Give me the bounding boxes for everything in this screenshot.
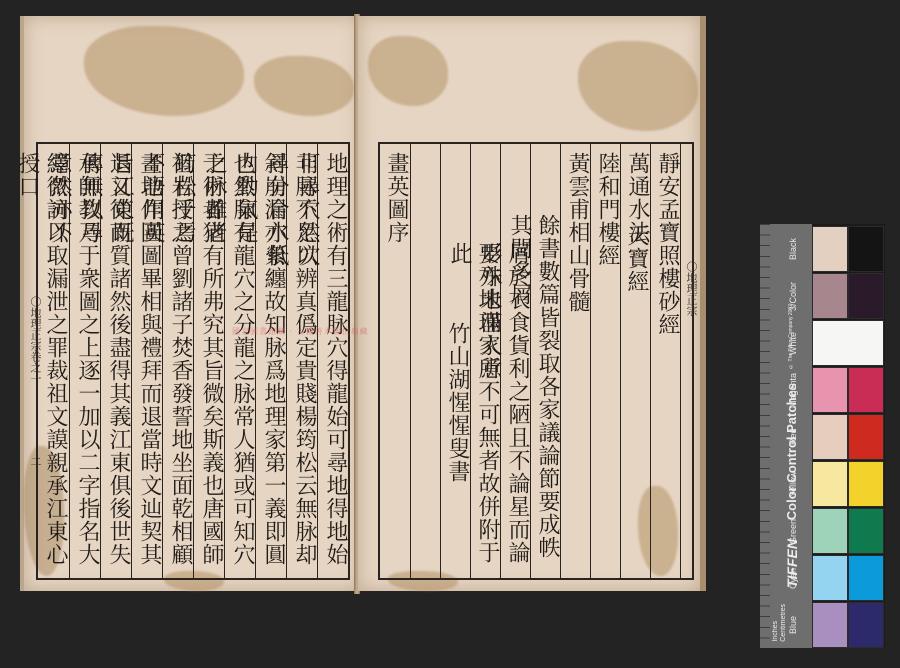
color-patch-blue-dark bbox=[848, 602, 884, 648]
water-stain bbox=[254, 56, 354, 116]
patch-label: Blue bbox=[788, 602, 798, 648]
patch-label: 3/Color bbox=[788, 273, 798, 319]
color-control-chart: Inches Centimetres TIFFEN Color Control … bbox=[760, 224, 885, 648]
text-column: 地理之術有三龍脉穴得龍始可尋地得地始可尋穴然穴 bbox=[317, 144, 349, 578]
color-patch-red-dark bbox=[848, 414, 884, 460]
text-column: 屑於衣食貨利之陋且不論星而論形殊未滿人意 bbox=[500, 144, 531, 578]
text-column-first: 天寶經 bbox=[620, 224, 650, 293]
color-patch-cyan-light bbox=[812, 555, 848, 601]
text-frame: 繹微詞以取漏泄之罪裁祖文謨親承江東心授口 承師教乃于衆圖之上逐一加以二字指名大意… bbox=[36, 142, 350, 580]
text-column: 靜安孟寶照樓砂經 bbox=[650, 144, 681, 578]
text-column: 黃雲甫相山骨髓 bbox=[560, 144, 591, 578]
color-patch-magenta-dark bbox=[848, 367, 884, 413]
color-patch-3color-dark bbox=[848, 273, 884, 319]
color-patch-blue-light bbox=[812, 602, 848, 648]
text-column: 餘書數篇皆裂取各家議論節要成帙其間多屑 bbox=[530, 144, 561, 578]
ruler-strip: Inches Centimetres TIFFEN Color Control … bbox=[760, 224, 812, 648]
text-column-signature: 竹山湖惺惺叟書 bbox=[440, 144, 471, 578]
text-frame: 畫英圖序 竹山湖惺惺叟書 要亦地理家所不可無者故併附于此 屑於衣食貨利之陋且不論… bbox=[378, 142, 694, 580]
patch-label: Black bbox=[788, 226, 798, 272]
text-column: 萬通水法 bbox=[620, 144, 651, 578]
color-patch-3color-light bbox=[812, 273, 848, 319]
color-patch-white bbox=[812, 320, 884, 366]
ruler-unit-cm: Centimetres bbox=[780, 604, 787, 642]
color-patch-black-dark bbox=[848, 226, 884, 272]
ruler-ticks bbox=[760, 224, 770, 648]
water-stain bbox=[578, 41, 698, 131]
color-patch-yellow-dark bbox=[848, 461, 884, 507]
margin-title: 〇地理正宗 bbox=[685, 261, 697, 316]
patch-label: Red bbox=[788, 414, 798, 460]
color-patch-red-light bbox=[812, 414, 848, 460]
patch-label: Magenta bbox=[788, 367, 798, 413]
text-column-title: 畫英圖序 bbox=[380, 144, 410, 578]
text-column: 陸和門樓經 bbox=[590, 144, 621, 578]
text-column bbox=[410, 144, 441, 578]
patch-label: White bbox=[788, 320, 798, 366]
color-patch-black-light bbox=[812, 226, 848, 272]
color-patch-green-light bbox=[812, 508, 848, 554]
left-page: 〇地理正宗卷之一 二 繹微詞以取漏泄之罪裁祖文謨親承江東心授口 承師教乃于衆圖之… bbox=[20, 16, 360, 591]
patch-label: Yellow bbox=[788, 461, 798, 507]
color-patch-cyan-dark bbox=[848, 555, 884, 601]
margin-column bbox=[680, 144, 693, 578]
color-patch-magenta-light bbox=[812, 367, 848, 413]
color-patch-green-dark bbox=[848, 508, 884, 554]
color-patch-yellow-light bbox=[812, 461, 848, 507]
right-page: 畫英圖序 竹山湖惺惺叟書 要亦地理家所不可無者故併附于此 屑於衣食貨利之陋且不論… bbox=[358, 16, 706, 591]
library-seal-stamp: 國家圖書館藏 · 古籍善本數位典藏 bbox=[232, 326, 592, 336]
patch-label: Cyan bbox=[788, 555, 798, 601]
water-stain bbox=[84, 26, 244, 116]
water-stain bbox=[368, 36, 448, 106]
ruler-unit-inches: Inches bbox=[772, 621, 779, 642]
patch-label: Green bbox=[788, 508, 798, 554]
